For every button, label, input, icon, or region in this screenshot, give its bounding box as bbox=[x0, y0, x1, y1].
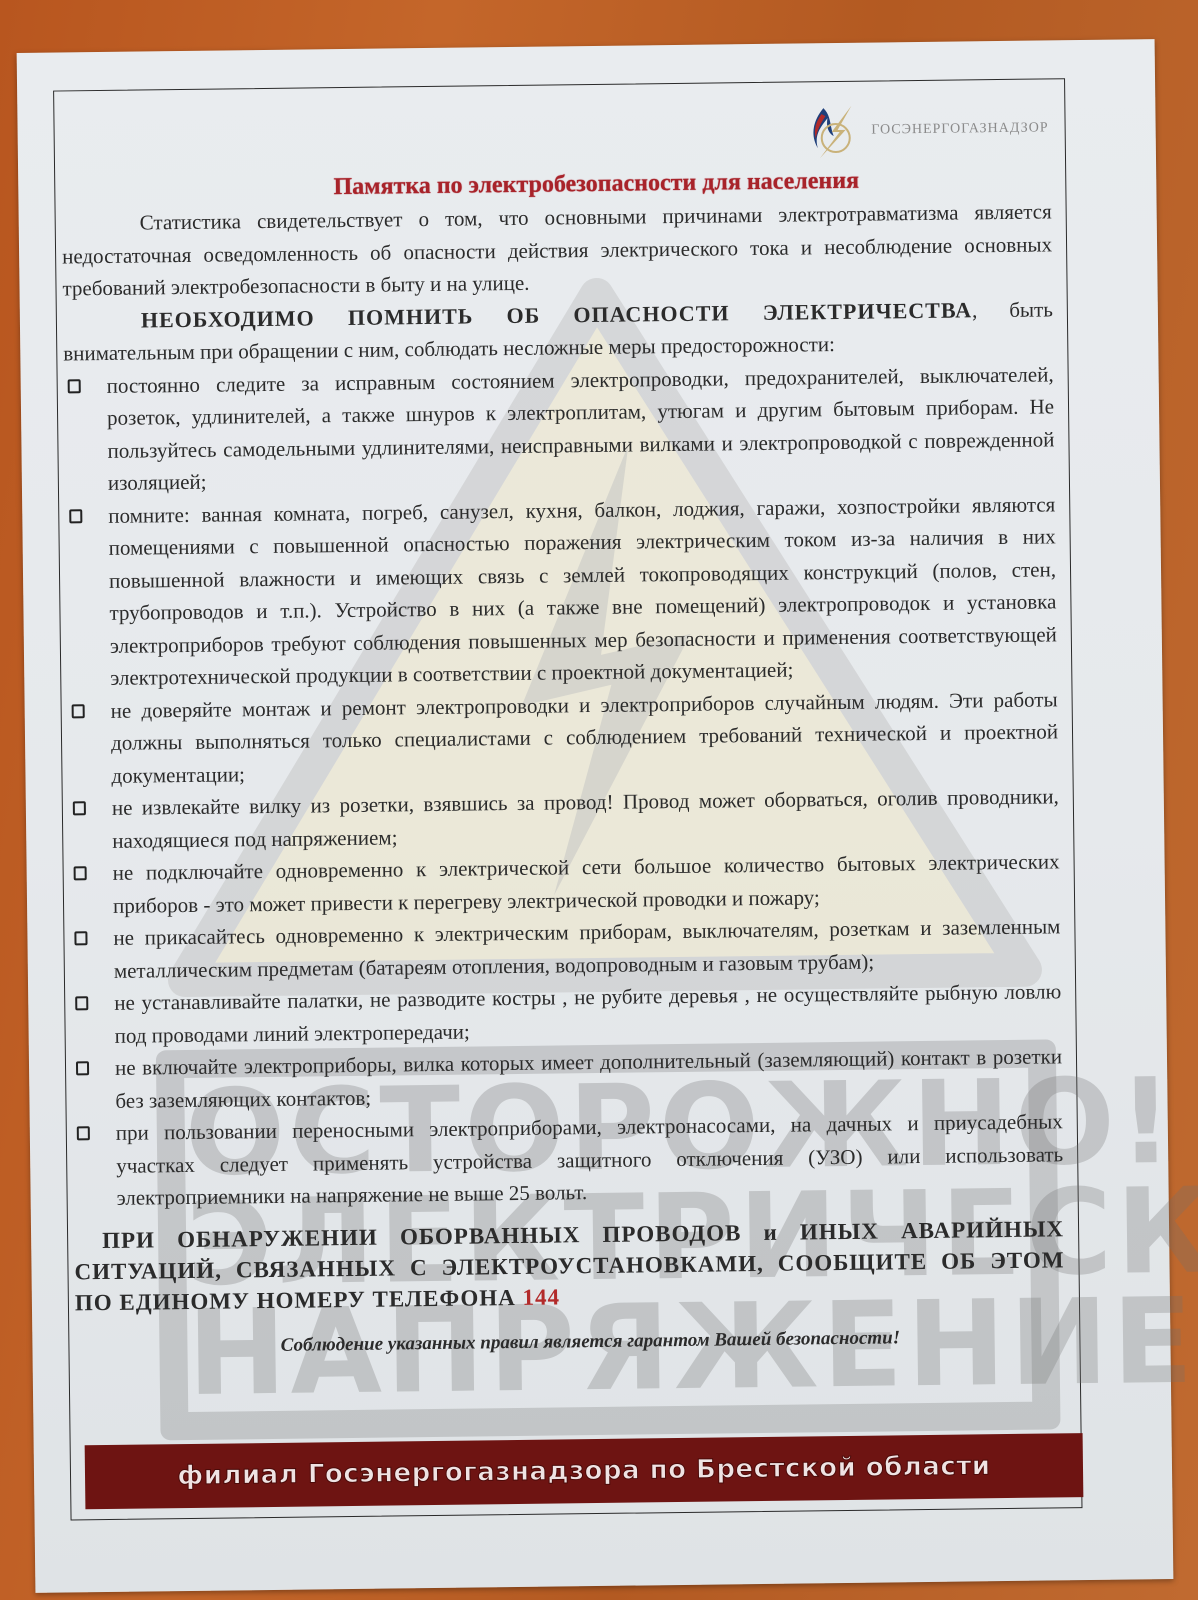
rule-item: не подключайте одновременно к электричес… bbox=[69, 845, 1060, 922]
rule-text: не устанавливайте палатки, не разводите … bbox=[114, 975, 1062, 1052]
intro-paragraph: Статистика свидетельствует о том, что ос… bbox=[62, 195, 1053, 305]
footer-bar: филиал Госэнергогазнадзора по Брестской … bbox=[85, 1433, 1084, 1509]
checkbox-square-icon bbox=[72, 704, 85, 718]
rule-text: не прикасайтесь одновременно к электриче… bbox=[113, 910, 1061, 987]
rules-list: постоянно следите за исправным состояние… bbox=[64, 358, 1064, 1215]
checkbox-square-icon bbox=[68, 379, 81, 393]
rule-text: при пользовании переносными электроприбо… bbox=[116, 1105, 1064, 1214]
emergency-notice: ПРИ ОБНАРУЖЕНИИ ОБОРВАННЫХ ПРОВОДОВ и ИН… bbox=[74, 1213, 1065, 1318]
reminder-paragraph: НЕОБХОДИМО ПОМНИТЬ ОБ ОПАСНОСТИ ЭЛЕКТРИЧ… bbox=[63, 293, 1054, 370]
rule-item: при пользовании переносными электроприбо… bbox=[73, 1105, 1064, 1215]
checkbox-square-icon bbox=[69, 509, 82, 523]
rule-item: не устанавливайте палатки, не разводите … bbox=[71, 975, 1062, 1052]
footer-org: филиал Госэнергогазнадзора по Брестской … bbox=[177, 1451, 990, 1491]
logo: ГОСЭНЕРГОГАЗНАДЗОР bbox=[805, 97, 1049, 162]
rule-text: не извлекайте вилку из розетки, взявшись… bbox=[112, 780, 1060, 857]
rule-item: не доверяйте монтаж и ремонт электропров… bbox=[67, 683, 1058, 793]
rule-text: помните: ванная комната, погреб, санузел… bbox=[108, 488, 1057, 695]
rule-text: не доверяйте монтаж и ремонт электропров… bbox=[110, 683, 1058, 792]
emergency-text: ПРИ ОБНАРУЖЕНИИ ОБОРВАННЫХ ПРОВОДОВ и ИН… bbox=[74, 1216, 1064, 1315]
rule-item: не прикасайтесь одновременно к электриче… bbox=[70, 910, 1061, 987]
rule-text: постоянно следите за исправным состояние… bbox=[107, 358, 1056, 500]
checkbox-square-icon bbox=[75, 996, 88, 1010]
checkbox-square-icon bbox=[74, 866, 87, 880]
checkbox-square-icon bbox=[76, 1061, 89, 1075]
flame-lightning-logo-icon bbox=[805, 100, 862, 163]
reminder-heading: НЕОБХОДИМО ПОМНИТЬ ОБ ОПАСНОСТИ ЭЛЕКТРИЧ… bbox=[141, 297, 972, 332]
rule-text: не включайте электроприборы, вилка котор… bbox=[115, 1040, 1063, 1117]
leaflet-page: ОСТОРОЖНО! ЭЛЕКТРИЧЕСКОЕ НАПРЯЖЕНИЕ ГОСЭ… bbox=[17, 39, 1174, 1593]
rule-text: не подключайте одновременно к электричес… bbox=[112, 845, 1060, 922]
emergency-phone: 144 bbox=[522, 1284, 560, 1309]
rule-item: не извлекайте вилку из розетки, взявшись… bbox=[69, 780, 1060, 857]
page-frame: ОСТОРОЖНО! ЭЛЕКТРИЧЕСКОЕ НАПРЯЖЕНИЕ ГОСЭ… bbox=[53, 78, 1082, 1520]
rule-item: постоянно следите за исправным состояние… bbox=[64, 358, 1056, 500]
leaflet-content: Памятка по электробезопасности для насел… bbox=[61, 163, 1065, 1364]
checkbox-square-icon bbox=[74, 931, 87, 945]
checkbox-square-icon bbox=[73, 801, 86, 815]
rule-item: помните: ванная комната, погреб, санузел… bbox=[65, 488, 1057, 695]
org-name: ГОСЭНЕРГОГАЗНАДЗОР bbox=[871, 120, 1048, 138]
closing-note: Соблюдение указанных правил является гар… bbox=[115, 1320, 1065, 1364]
checkbox-square-icon bbox=[77, 1126, 90, 1140]
rule-item: не включайте электроприборы, вилка котор… bbox=[72, 1040, 1063, 1117]
